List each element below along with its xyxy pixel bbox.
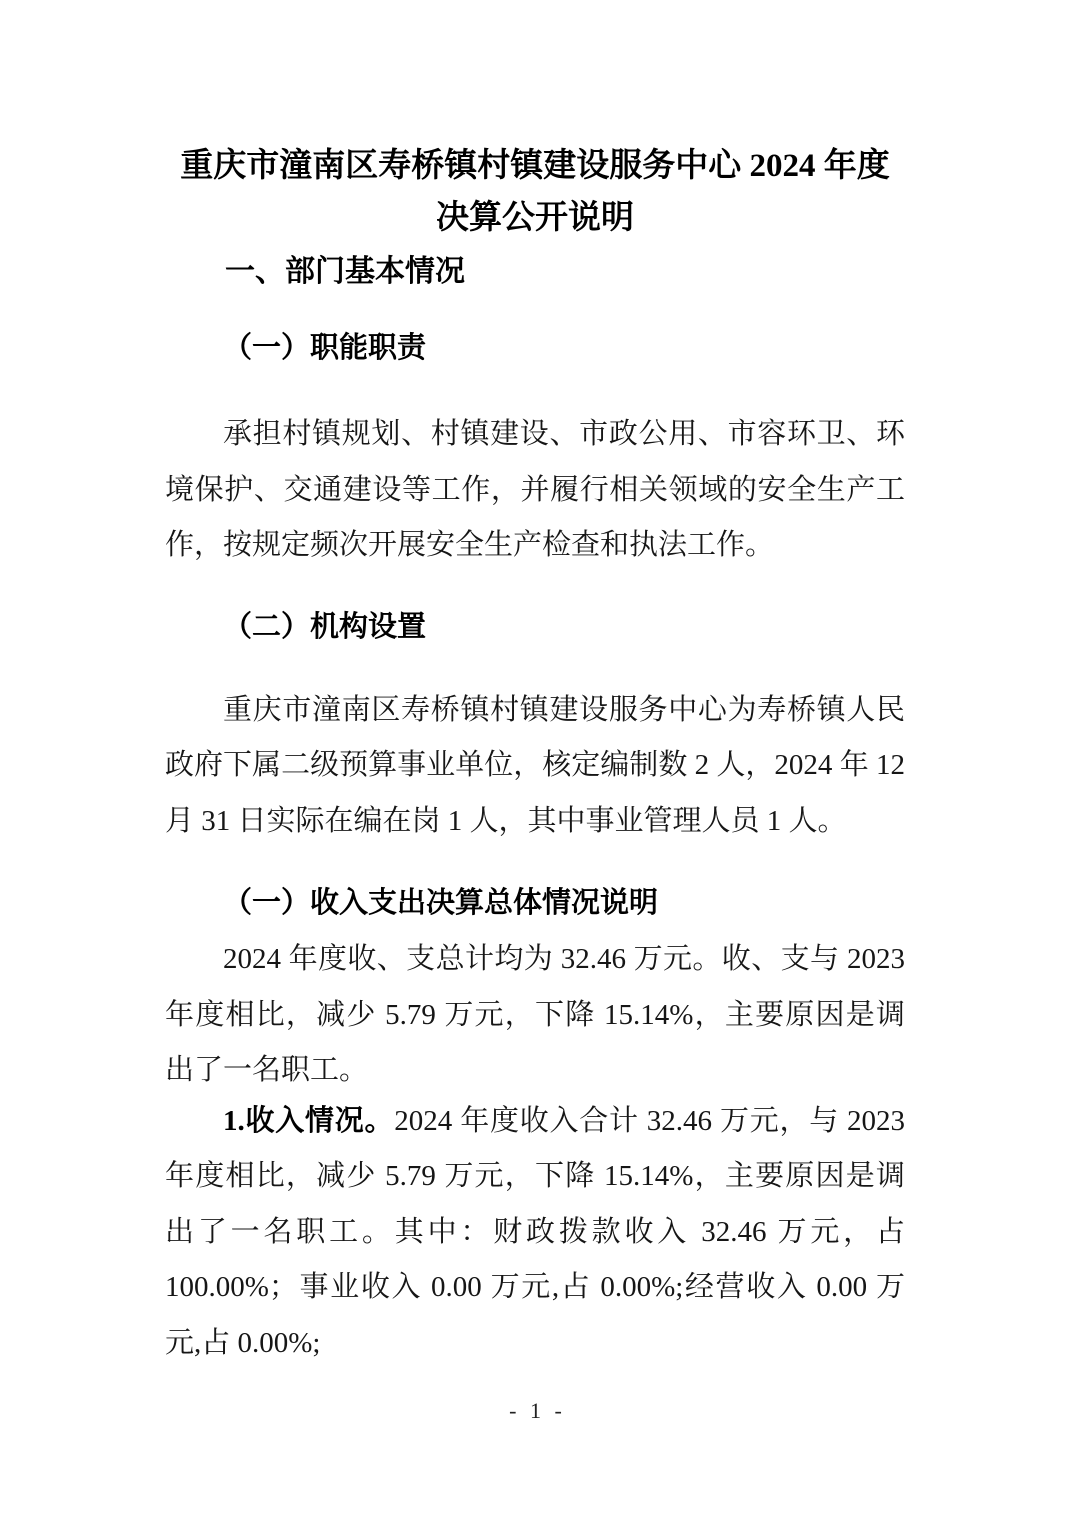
paragraph-budget-overview: 2024 年度收、支总计均为 32.46 万元。收、支与 2023 年度相比，减… xyxy=(165,932,905,1099)
paragraph-organization: 重庆市潼南区寿桥镇村镇建设服务中心为寿桥镇人民政府下属二级预算事业单位，核定编制… xyxy=(165,683,905,850)
subsection-heading-duties: （一）职能职责 xyxy=(165,328,905,368)
subsection-heading-organization: （二）机构设置 xyxy=(165,607,905,647)
paragraph-duties: 承担村镇规划、村镇建设、市政公用、市容环卫、环境保护、交通建设等工作，并履行相关… xyxy=(165,407,905,574)
income-details-lead: 1.收入情况。 xyxy=(223,1105,394,1137)
subsection-heading-budget-overview: （一）收入支出决算总体情况说明 xyxy=(165,883,905,923)
document-content: 重庆市潼南区寿桥镇村镇建设服务中心 2024 年度决算公开说明 一、部门基本情况… xyxy=(165,0,905,1371)
income-details-text: 2024 年度收入合计 32.46 万元，与 2023 年度相比，减少 5.79… xyxy=(165,1105,905,1359)
document-title: 重庆市潼南区寿桥镇村镇建设服务中心 2024 年度决算公开说明 xyxy=(165,140,905,244)
section-heading-department-basic-info: 一、部门基本情况 xyxy=(165,252,905,292)
paragraph-income-details: 1.收入情况。2024 年度收入合计 32.46 万元，与 2023 年度相比，… xyxy=(165,1094,905,1372)
document-page: 重庆市潼南区寿桥镇村镇建设服务中心 2024 年度决算公开说明 一、部门基本情况… xyxy=(0,0,1075,1520)
page-number: - 1 - xyxy=(0,1396,1075,1426)
